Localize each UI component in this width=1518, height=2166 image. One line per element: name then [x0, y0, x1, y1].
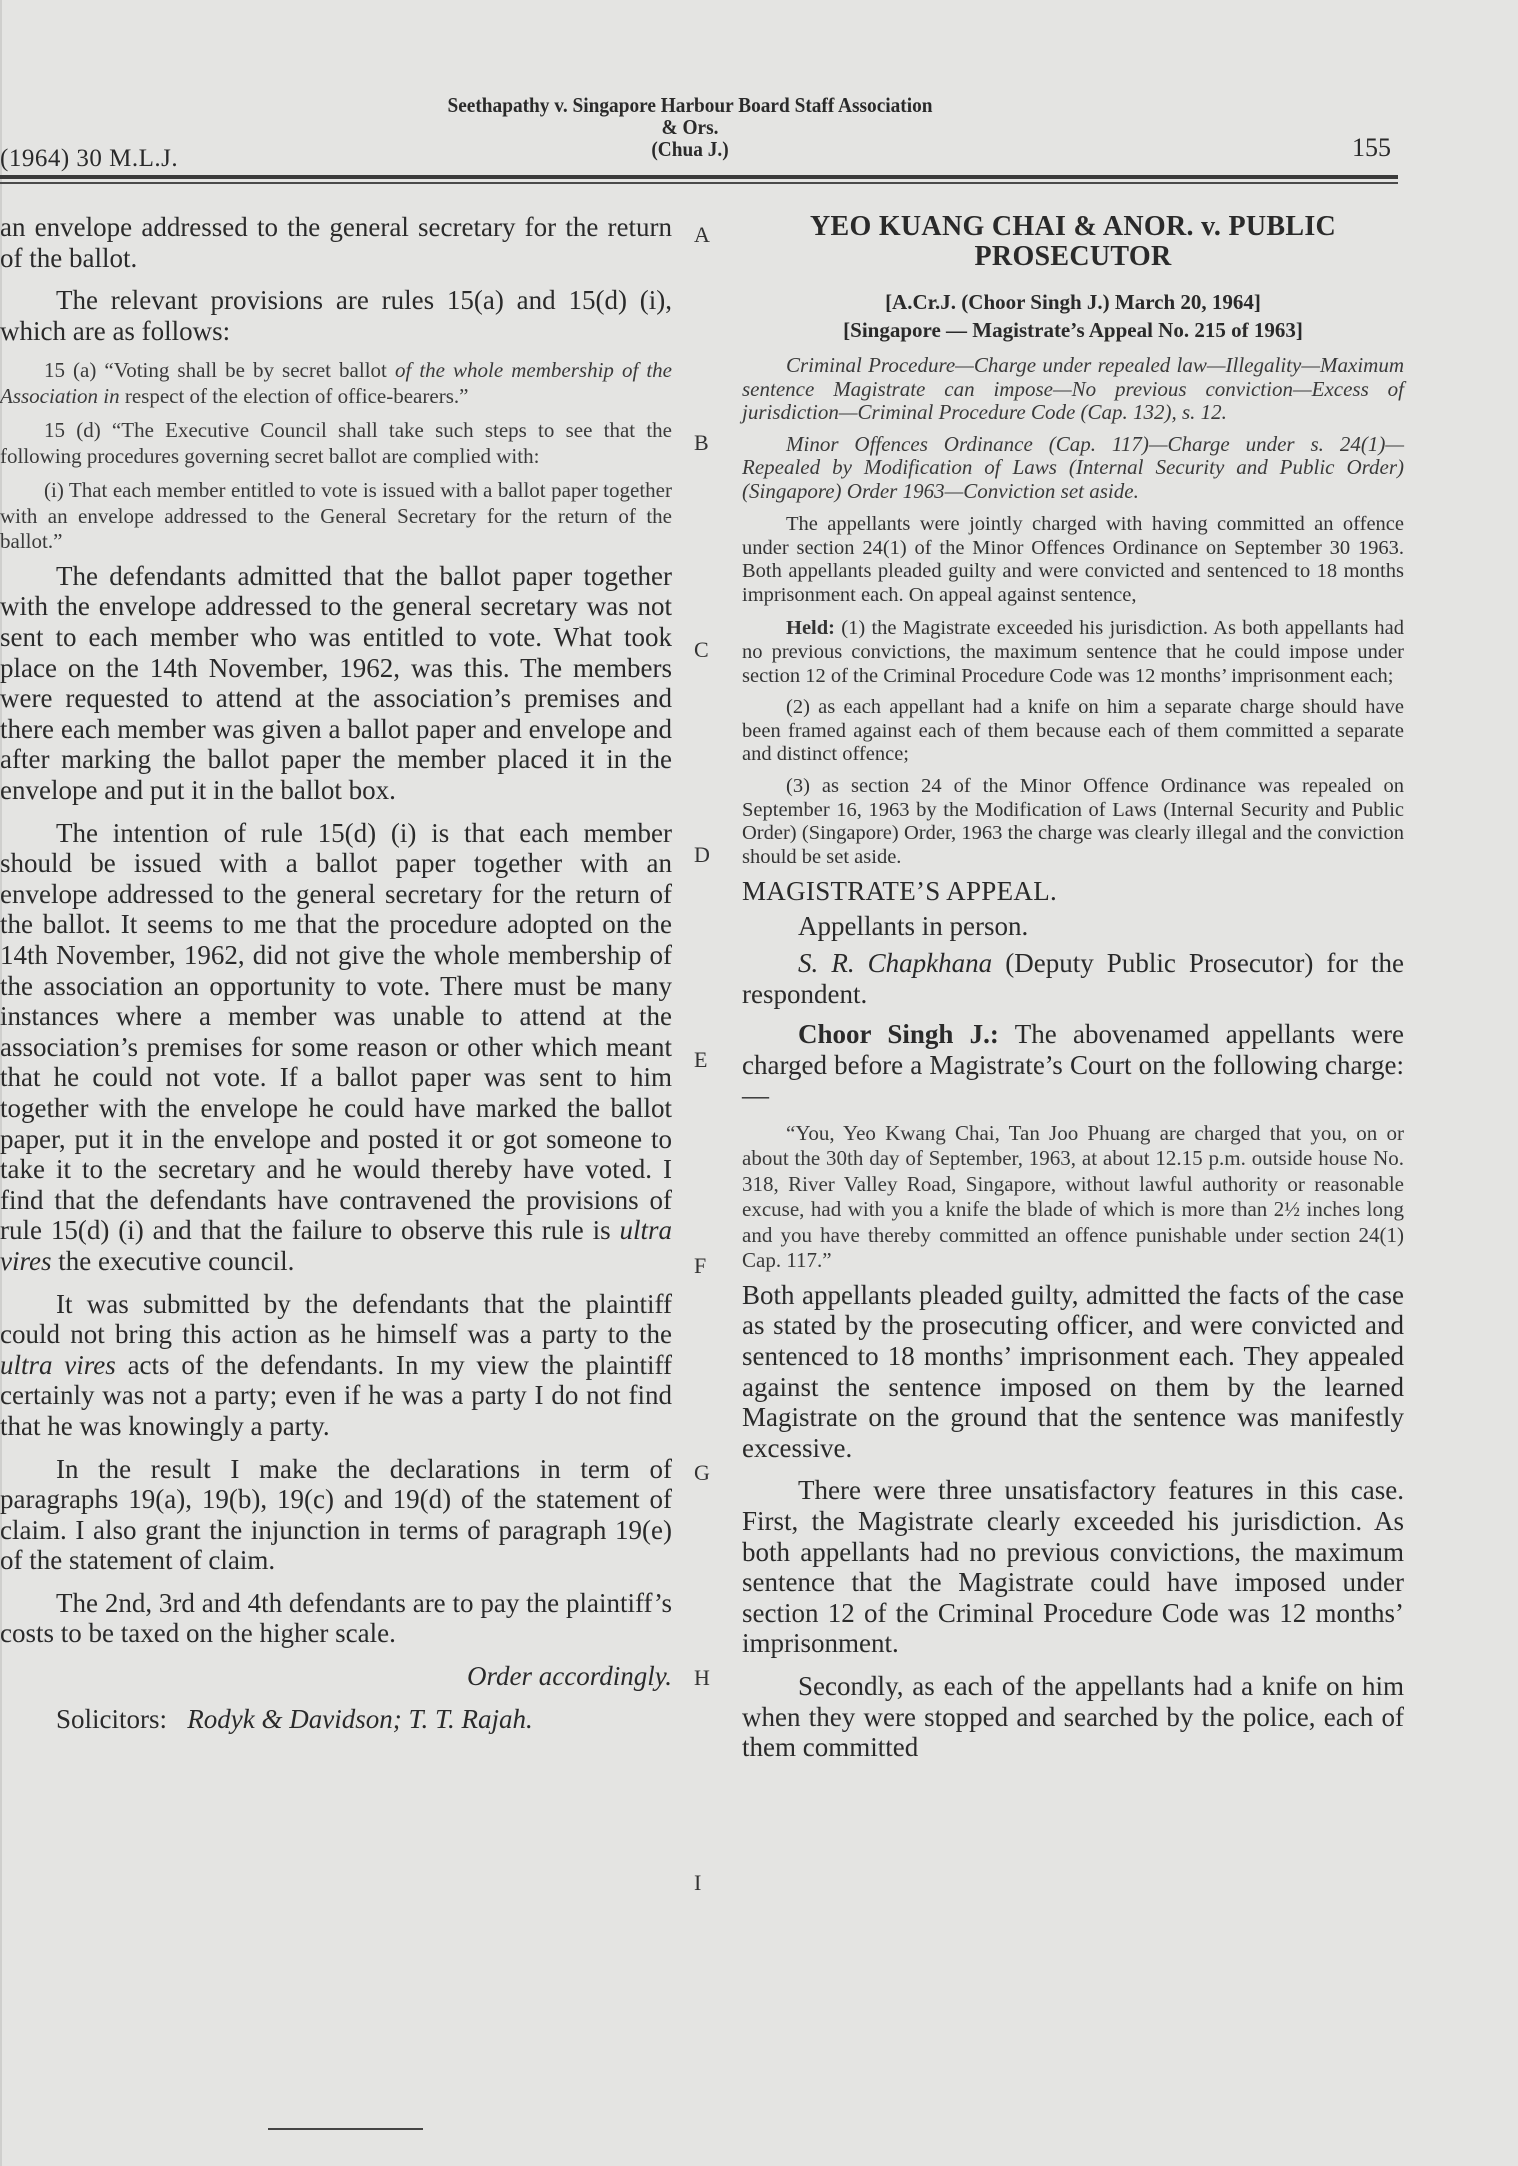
paragraph-text: It was submitted by the defendants that …: [0, 1289, 672, 1350]
paragraph-text: the executive council.: [51, 1246, 294, 1276]
margin-letter: E: [694, 1047, 707, 1073]
headnote-held-2: (2) as each appellant had a knife on him…: [742, 696, 1404, 767]
section-heading: MAGISTRATE’S APPEAL.: [742, 875, 1404, 907]
solicitors-names: Rodyk & Davidson; T. T. Rajah.: [187, 1704, 532, 1734]
judgment-paragraph: There were three unsatisfactory features…: [742, 1475, 1404, 1659]
running-title-line-1: Seethapathy v. Singapore Harbour Board S…: [359, 94, 1021, 116]
held-label: Held:: [786, 617, 835, 639]
appearance: S. R. Chapkhana (Deputy Public Prosecuto…: [742, 948, 1404, 1009]
running-title-line-2: & Ors.: [359, 116, 1021, 138]
report-citation: (1964) 30 M.L.J.: [0, 145, 178, 173]
headnote-facts: The appellants were jointly charged with…: [742, 513, 1404, 607]
margin-letter: H: [694, 1665, 710, 1691]
page-number: 155: [1352, 133, 1391, 163]
judgment-paragraph: Secondly, as each of the appellants had …: [742, 1671, 1404, 1763]
solicitors-label: Solicitors:: [56, 1704, 167, 1734]
judge-label: Choor Singh J.:: [798, 1019, 999, 1049]
rule-quote-15d: 15 (d) “The Executive Council shall take…: [0, 418, 672, 469]
catchwords: Minor Offences Ordinance (Cap. 117)—Char…: [742, 433, 1404, 504]
header-rule-thin: [0, 182, 1398, 184]
case-title: YEO KUANG CHAI & ANOR. v. PUBLIC PROSECU…: [742, 212, 1404, 272]
quote-text: 15 (a) “Voting shall be by secret ballot: [44, 358, 395, 382]
appearance: Appellants in person.: [742, 911, 1404, 942]
rule-quote-15d-i: (i) That each member entitled to vote is…: [0, 478, 672, 555]
margin-letter: D: [694, 842, 710, 868]
paragraph: an envelope addressed to the general sec…: [0, 212, 672, 273]
paragraph: The intention of rule 15(d) (i) is that …: [0, 818, 672, 1277]
paragraph: The defendants admitted that the ballot …: [0, 561, 672, 806]
header-rule-thick: [0, 175, 1398, 179]
quote-text: respect of the election of office-bearer…: [120, 384, 469, 408]
running-title-line-3: (Chua J.): [359, 138, 1021, 160]
law-report-page: (1964) 30 M.L.J. Seethapathy v. Singapor…: [0, 0, 1518, 2166]
headnote-held-3: (3) as section 24 of the Minor Offence O…: [742, 775, 1404, 869]
rule-quote-15a: 15 (a) “Voting shall be by secret ballot…: [0, 358, 672, 409]
margin-letter: C: [694, 637, 709, 663]
latin-term: ultra vires: [0, 1350, 116, 1380]
catchwords: Criminal Procedure—Charge under repealed…: [742, 354, 1404, 425]
margin-letter: G: [694, 1460, 710, 1486]
margin-letter: I: [694, 1870, 701, 1896]
paragraph-text: The intention of rule 15(d) (i) is that …: [0, 818, 672, 1246]
margin-letter: B: [694, 430, 709, 456]
headnote-held-1: Held: (1) the Magistrate exceeded his ju…: [742, 617, 1404, 688]
left-column: an envelope addressed to the general sec…: [0, 212, 672, 1734]
judgment-paragraph: Choor Singh J.: The abovenamed appellant…: [742, 1019, 1404, 1111]
end-of-case-rule: [268, 2128, 423, 2130]
right-column: YEO KUANG CHAI & ANOR. v. PUBLIC PROSECU…: [742, 212, 1404, 1763]
running-title: Seethapathy v. Singapore Harbour Board S…: [359, 94, 1021, 160]
solicitors-line: Solicitors: Rodyk & Davidson; T. T. Raja…: [0, 1704, 672, 1735]
order-line: Order accordingly.: [0, 1661, 672, 1692]
paragraph: The relevant provisions are rules 15(a) …: [0, 285, 672, 346]
charge-quote: “You, Yeo Kwang Chai, Tan Joo Phuang are…: [742, 1121, 1404, 1274]
appeal-line: [Singapore — Magistrate’s Appeal No. 215…: [742, 316, 1404, 344]
judgment-paragraph: Both appellants pleaded guilty, admitted…: [742, 1280, 1404, 1464]
margin-letter: A: [694, 222, 710, 248]
paragraph: It was submitted by the defendants that …: [0, 1289, 672, 1442]
held-text: (1) the Magistrate exceeded his jurisdic…: [742, 617, 1404, 686]
paragraph: The 2nd, 3rd and 4th defendants are to p…: [0, 1588, 672, 1649]
counsel-name: S. R. Chapkhana: [798, 948, 992, 978]
paragraph: In the result I make the declarations in…: [0, 1454, 672, 1576]
court-line: [A.Cr.J. (Choor Singh J.) March 20, 1964…: [742, 288, 1404, 316]
margin-letter: F: [694, 1253, 706, 1279]
